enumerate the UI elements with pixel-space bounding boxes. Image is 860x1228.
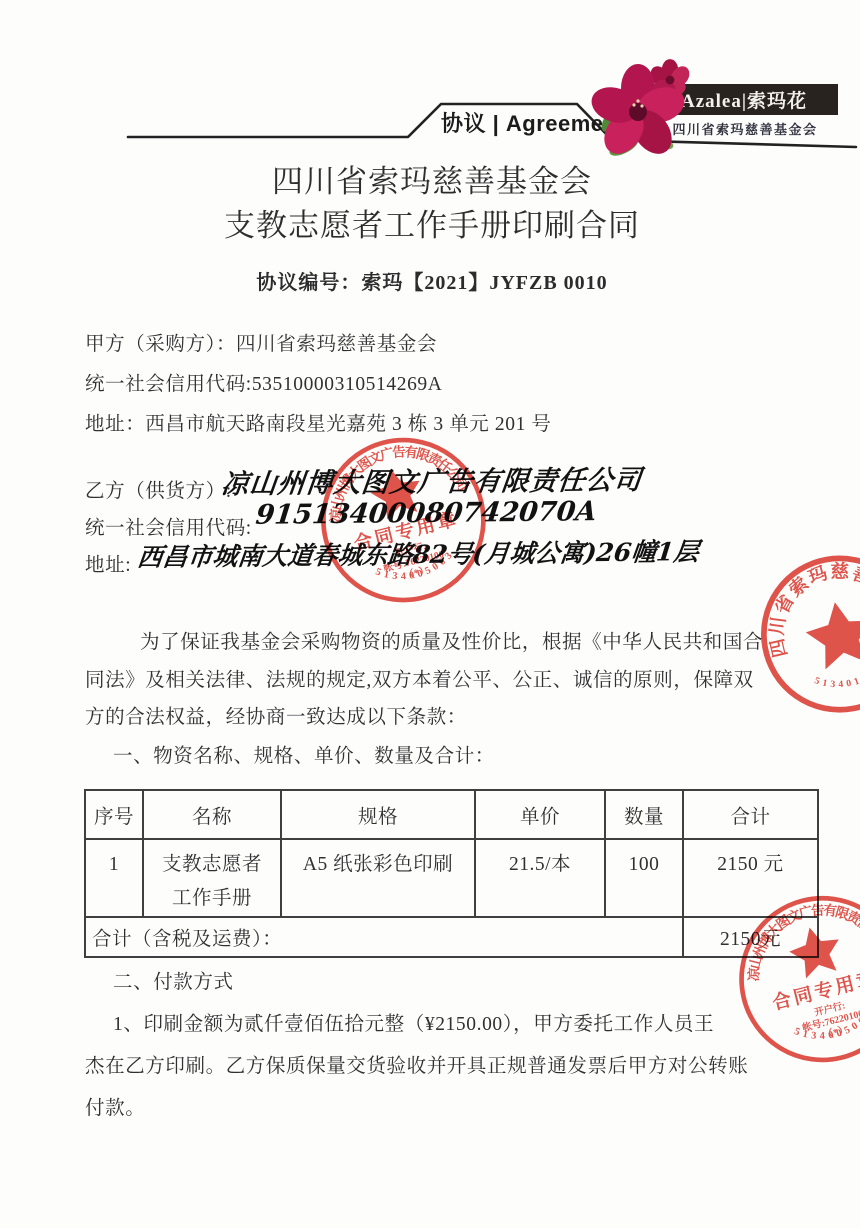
contract-title-line1: 四川省索玛慈善基金会: [2, 156, 860, 201]
party-b-address-handwritten: 西昌市城南大道春城东路82号(月城公寓)26幢1层: [136, 532, 701, 574]
col-header-seq: 序号: [85, 790, 143, 839]
agreement-number: 协议编号：索玛【2021】JYFZB 0010: [2, 266, 860, 295]
cell-price: 21.5/本: [475, 839, 605, 917]
footer-total: 2150元: [683, 917, 818, 957]
seal-account-line: 帐号:76220100: [801, 1006, 860, 1034]
preamble-line1: 为了保证我基金会采购物资的质量及性价比，根据《中华人民共和国合: [140, 626, 763, 654]
cell-seq: 1: [85, 839, 143, 917]
seal-star-note: （*）: [822, 1023, 850, 1042]
section2-line3: 付款。: [85, 1092, 145, 1120]
cell-total: 2150 元: [683, 839, 818, 917]
goods-table: 序号 名称 规格 单价 数量 合计 1 支教志愿者 工作手册 A5 纸张彩色印刷…: [84, 789, 817, 958]
party-a-credit-code: 统一社会信用代码:53510000310514269A: [85, 368, 442, 396]
section2-line1: 1、印刷金额为贰仟壹佰伍拾元整（¥2150.00），甲方委托工作人员王: [113, 1008, 714, 1036]
party-b-credit-handwritten: 91513400080742070A: [254, 496, 598, 531]
party-b-name-label: 乙方（供货方）:: [85, 475, 232, 503]
section2-heading: 二、付款方式: [113, 966, 234, 994]
logo-brand-text: Azalea|索玛花: [681, 86, 807, 113]
table-header-row: 序号 名称 规格 单价 数量 合计: [85, 790, 818, 839]
cell-qty: 100: [605, 839, 683, 917]
col-header-name: 名称: [143, 790, 281, 839]
preamble-line2: 同法》及相关法律、法规的规定,双方本着公平、公正、诚信的原则，保障双: [85, 664, 754, 692]
col-header-qty: 数量: [605, 790, 683, 839]
seal-bottom-digits: 513401: [811, 667, 860, 695]
scanned-contract-page: 协议 | Agreement Azalea|索玛花 四川省索玛慈善基金会: [0, 0, 860, 1228]
section1-heading: 一、物资名称、规格、单价、数量及合计：: [113, 740, 495, 768]
party-b-address-label: 地址:: [85, 549, 131, 577]
seal-ring-text: 四川省索玛慈善基金会: [755, 549, 860, 660]
azalea-flower-icon: [586, 50, 698, 162]
cell-name: 支教志愿者 工作手册: [143, 839, 281, 917]
preamble-line3: 方的合法权益，经协商一致达成以下条款：: [85, 701, 467, 729]
svg-text:513401: 513401: [811, 667, 860, 695]
table-footer-row: 合计（含税及运费）： 2150元: [85, 917, 818, 957]
col-header-spec: 规格: [281, 790, 475, 839]
contract-title-line2: 支教志愿者工作手册印刷合同: [2, 200, 860, 245]
col-header-total: 合计: [683, 790, 818, 839]
party-a-name: 甲方（采购方）：四川省索玛慈善基金会: [85, 328, 437, 356]
party-b-name-handwritten: 凉山州博大图文广告有限责任公司: [220, 458, 645, 501]
cell-name-line2: 工作手册: [144, 882, 280, 916]
svg-text:四川省索玛慈善基金会: 四川省索玛慈善基金会: [755, 549, 860, 660]
party-a-address: 地址：西昌市航天路南段星光嘉苑 3 栋 3 单元 201 号: [85, 408, 552, 436]
svg-text:5134005003: 5134005003: [790, 1006, 860, 1051]
seal-bottom-digits: 5134005003: [790, 1006, 860, 1051]
star-icon: [802, 596, 860, 671]
seal-bank-line: 开户行:: [813, 999, 846, 1018]
col-header-price: 单价: [475, 790, 605, 839]
footer-label: 合计（含税及运费）：: [85, 917, 683, 957]
party-b-credit-label: 统一社会信用代码:: [85, 512, 252, 540]
cell-name-line1: 支教志愿者: [144, 848, 280, 882]
cell-spec: A5 纸张彩色印刷: [281, 839, 475, 917]
section2-line2: 杰在乙方印刷。乙方保质保量交货验收并开具正规普通发票后甲方对公转账: [85, 1050, 748, 1078]
seal-center-text: 合同专用章: [770, 966, 860, 1014]
table-row: 1 支教志愿者 工作手册 A5 纸张彩色印刷 21.5/本 100 2150 元: [85, 839, 818, 917]
